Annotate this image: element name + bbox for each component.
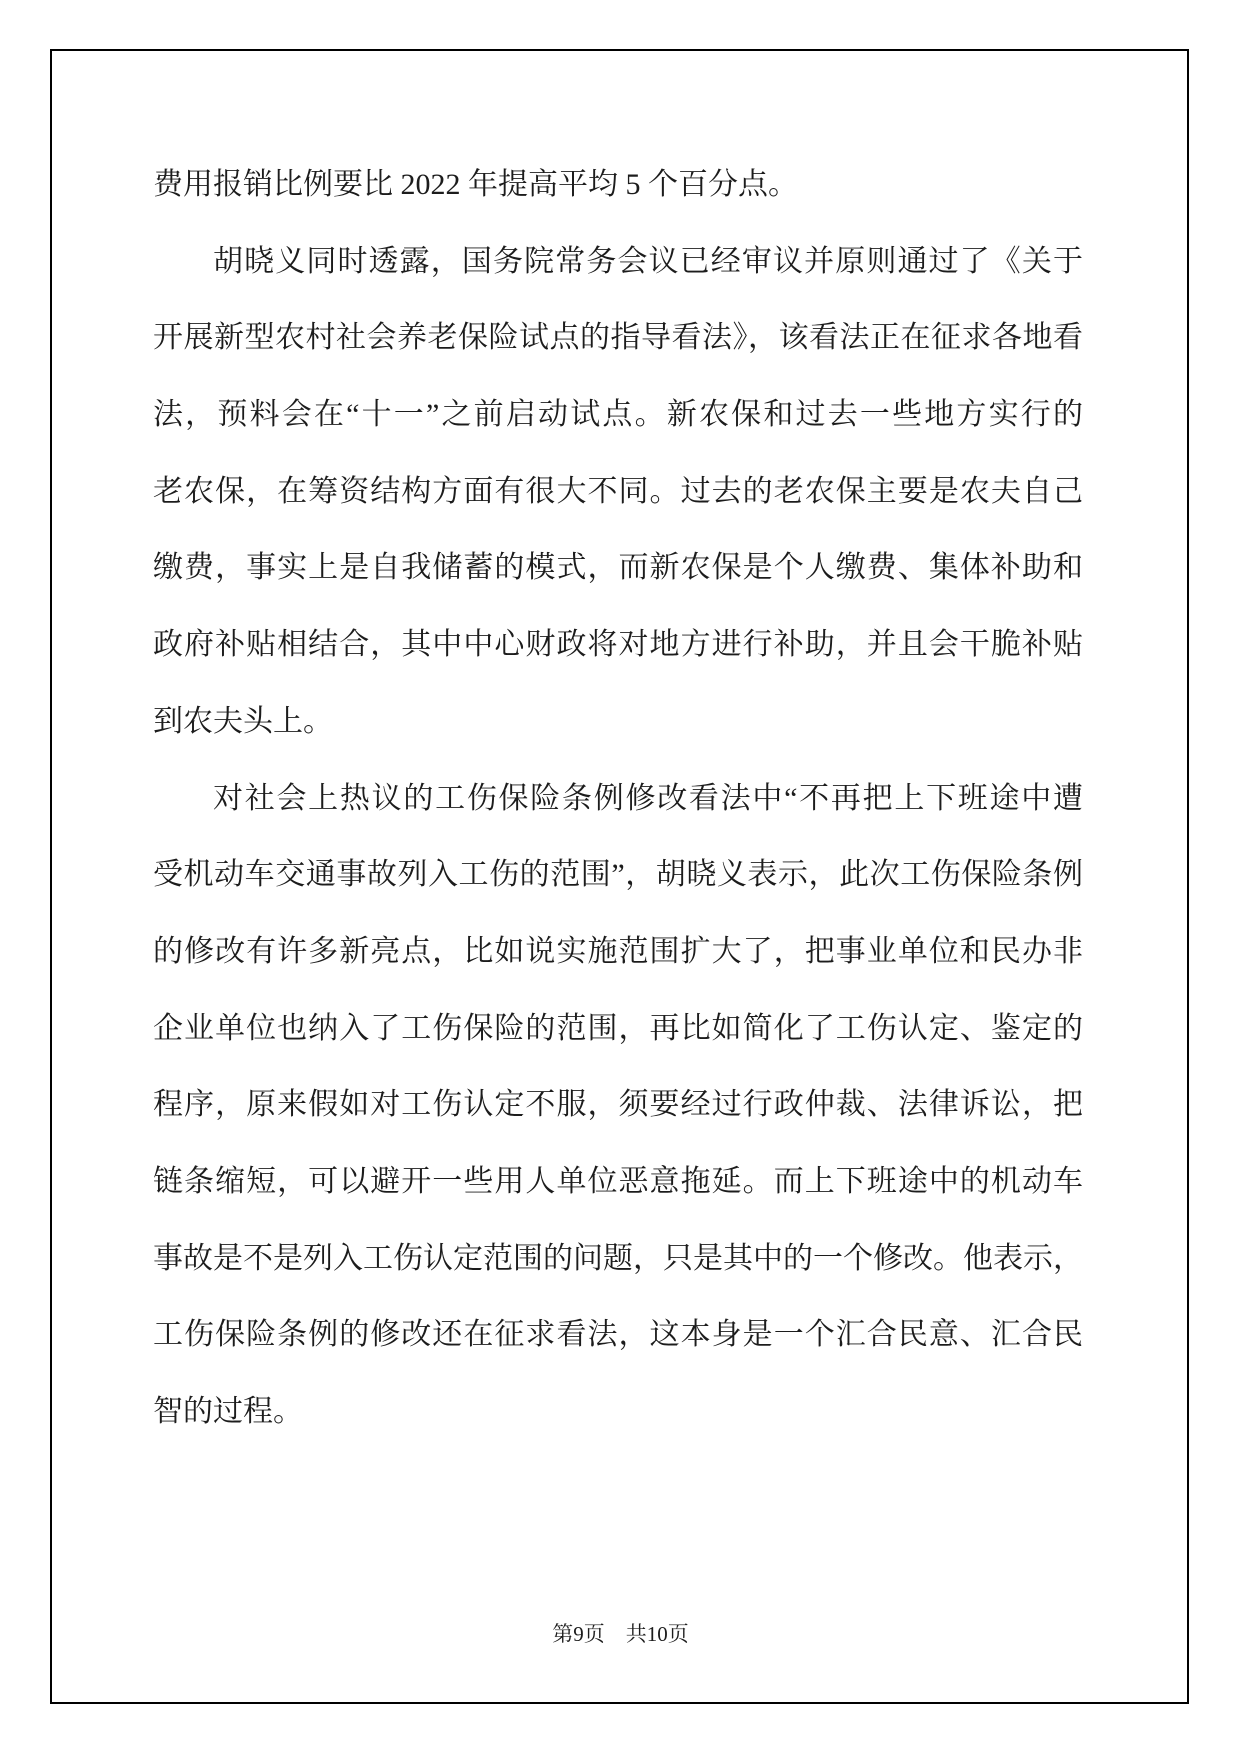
text-line: 缴费，事实上是自我储蓄的模式，而新农保是个人缴费、集体补助和 — [153, 530, 1083, 607]
text-line: 智的过程。 — [153, 1374, 1083, 1451]
document-body: 费用报销比例要比 2022 年提高平均 5 个百分点。 胡晓义同时透露，国务院常… — [153, 147, 1083, 1451]
text-line: 到农夫头上。 — [153, 684, 1083, 761]
text-line: 法，预料会在“十一”之前启动试点。新农保和过去一些地方实行的 — [153, 377, 1083, 454]
page-footer: 第9页 共10页 — [0, 1620, 1241, 1648]
text-line: 胡晓义同时透露，国务院常务会议已经审议并原则通过了《关于 — [153, 224, 1083, 301]
text-line: 老农保，在筹资结构方面有很大不同。过去的老农保主要是农夫自己 — [153, 454, 1083, 531]
text-line: 工伤保险条例的修改还在征求看法，这本身是一个汇合民意、汇合民 — [153, 1297, 1083, 1374]
text-line: 企业单位也纳入了工伤保险的范围，再比如简化了工伤认定、鉴定的 — [153, 991, 1083, 1068]
text-line: 受机动车交通事故列入工伤的范围”，胡晓义表示，此次工伤保险条例 — [153, 837, 1083, 914]
text-line: 事故是不是列入工伤认定范围的问题，只是其中的一个修改。他表示， — [153, 1221, 1083, 1298]
text-line: 政府补贴相结合，其中中心财政将对地方进行补助，并且会干脆补贴 — [153, 607, 1083, 684]
document-page: { "page": { "footer_text": "第9页 共10页" },… — [0, 0, 1241, 1754]
text-line: 费用报销比例要比 2022 年提高平均 5 个百分点。 — [153, 147, 1083, 224]
page-number: 第9页 共10页 — [552, 1622, 689, 1646]
text-line: 链条缩短，可以避开一些用人单位恶意拖延。而上下班途中的机动车 — [153, 1144, 1083, 1221]
text-line: 对社会上热议的工伤保险条例修改看法中“不再把上下班途中遭 — [153, 761, 1083, 838]
text-line: 程序，原来假如对工伤认定不服，须要经过行政仲裁、法律诉讼，把 — [153, 1067, 1083, 1144]
text-line: 开展新型农村社会养老保险试点的指导看法》，该看法正在征求各地看 — [153, 300, 1083, 377]
text-line: 的修改有许多新亮点，比如说实施范围扩大了，把事业单位和民办非 — [153, 914, 1083, 991]
